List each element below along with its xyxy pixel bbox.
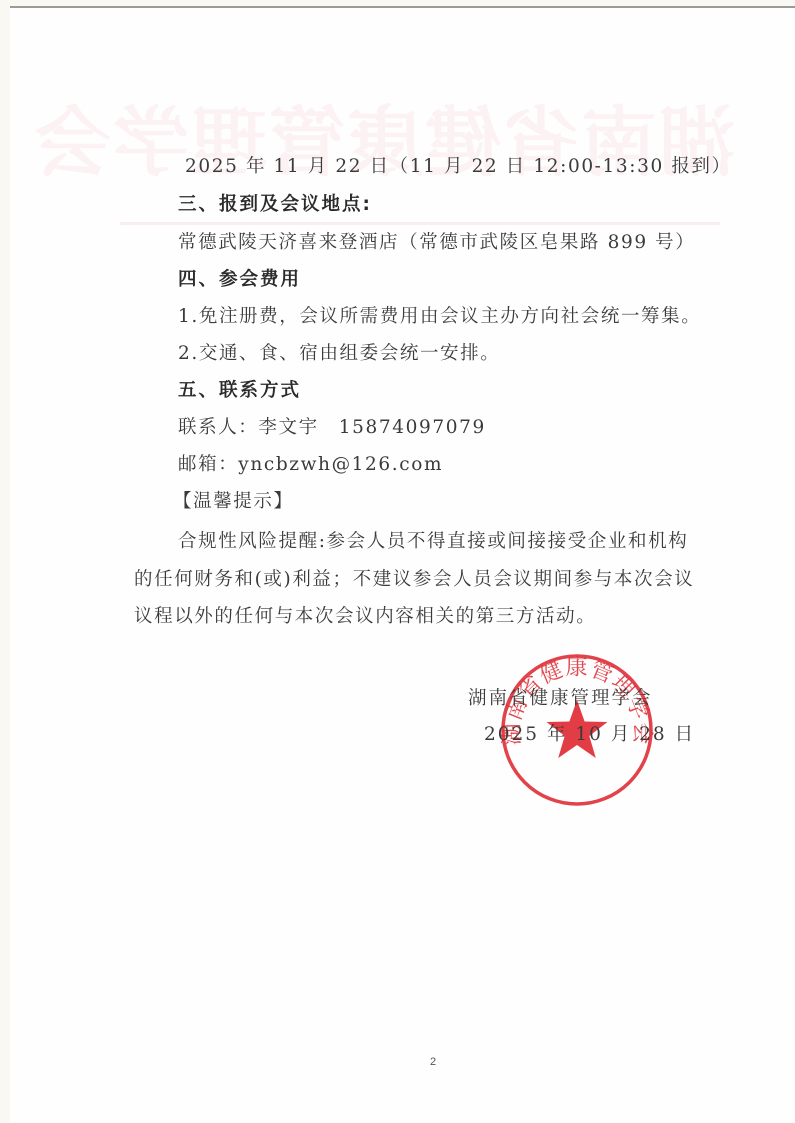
compliance-line-3: 议程以外的任何与本次会议内容相关的第三方活动。	[134, 605, 596, 629]
page-number: 2	[430, 1056, 436, 1068]
tips-heading: 【温馨提示】	[173, 490, 294, 514]
fee-item-1: 1.免注册费，会议所需费用由会议主办方向社会统一筹集。	[178, 305, 701, 329]
compliance-line-1: 合规性风险提醒:参会人员不得直接或间接接受企业和机构	[178, 530, 688, 554]
signature-date: 2025 年 10 月 28 日	[484, 720, 695, 746]
section-4-heading: 四、参会费用	[178, 268, 301, 292]
email-line: 邮箱：yncbzwh@126.com	[178, 453, 443, 477]
contact-person-line: 联系人：李文宇 15874097079	[178, 416, 486, 440]
venue-line: 常德武陵天济喜来登酒店（常德市武陵区皂果路 899 号）	[178, 231, 695, 255]
section-5-heading: 五、联系方式	[178, 379, 301, 403]
meeting-date-line: 2025 年 11 月 22 日（11 月 22 日 12:00-13:30 报…	[185, 155, 732, 179]
compliance-line-2: 的任何财务和(或)利益；不建议参会人员会议期间参与本次会议	[134, 568, 694, 592]
document-page: 湖南省健康管理学会 2025 年 11 月 22 日（11 月 22 日 12:…	[10, 6, 795, 1123]
fee-item-2: 2.交通、食、宿由组委会统一安排。	[178, 342, 500, 366]
bleed-through-rule	[120, 222, 720, 225]
section-3-heading: 三、报到及会议地点:	[178, 193, 372, 217]
signature-organization: 湖南省健康管理学会	[468, 684, 653, 710]
